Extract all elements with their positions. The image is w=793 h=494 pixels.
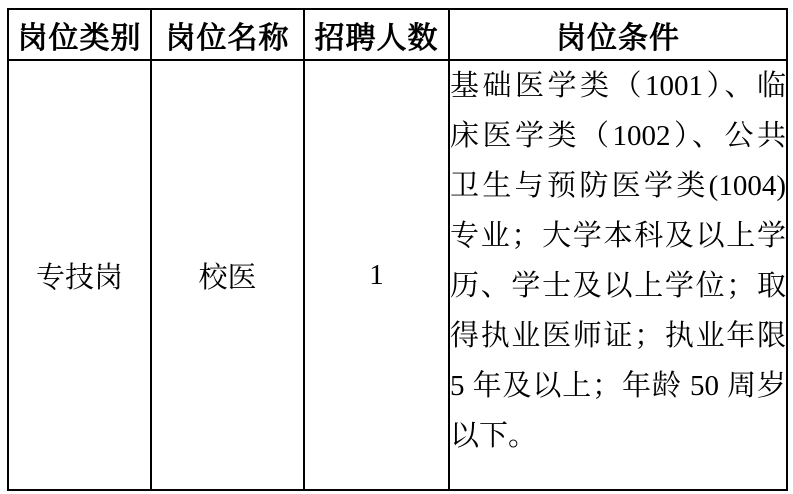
cell-position-requirements: 基础医学类（1001）、临 床医学类（1002）、公共 卫生与预防医学类(100… [449,60,787,490]
header-position-requirements: 岗位条件 [449,9,787,60]
cell-position-category: 专技岗 [8,60,151,490]
job-recruitment-table: 岗位类别 岗位名称 招聘人数 岗位条件 专技岗 校医 1 基础医学类（1001）… [7,8,788,491]
cell-recruit-count: 1 [304,60,449,490]
requirements-line-2: 床医学类（1002）、公共 [450,111,786,161]
header-recruit-count: 招聘人数 [304,9,449,60]
requirements-line-6: 得执业医师证；执业年限 [450,311,786,361]
requirements-line-4: 专业；大学本科及以上学 [450,211,786,261]
document-page: 岗位类别 岗位名称 招聘人数 岗位条件 专技岗 校医 1 基础医学类（1001）… [0,0,793,494]
table-row: 专技岗 校医 1 基础医学类（1001）、临 床医学类（1002）、公共 卫生与… [8,60,787,490]
requirements-line-8: 以下。 [450,411,786,461]
cell-position-name: 校医 [151,60,304,490]
header-position-category: 岗位类别 [8,9,151,60]
requirements-line-5: 历、学士及以上学位；取 [450,261,786,311]
header-row: 岗位类别 岗位名称 招聘人数 岗位条件 [8,9,787,60]
header-position-name: 岗位名称 [151,9,304,60]
requirements-line-1: 基础医学类（1001）、临 [450,61,786,111]
requirements-line-3: 卫生与预防医学类(1004) [450,161,786,211]
requirements-line-7: 5 年及以上；年龄 50 周岁 [450,361,786,411]
